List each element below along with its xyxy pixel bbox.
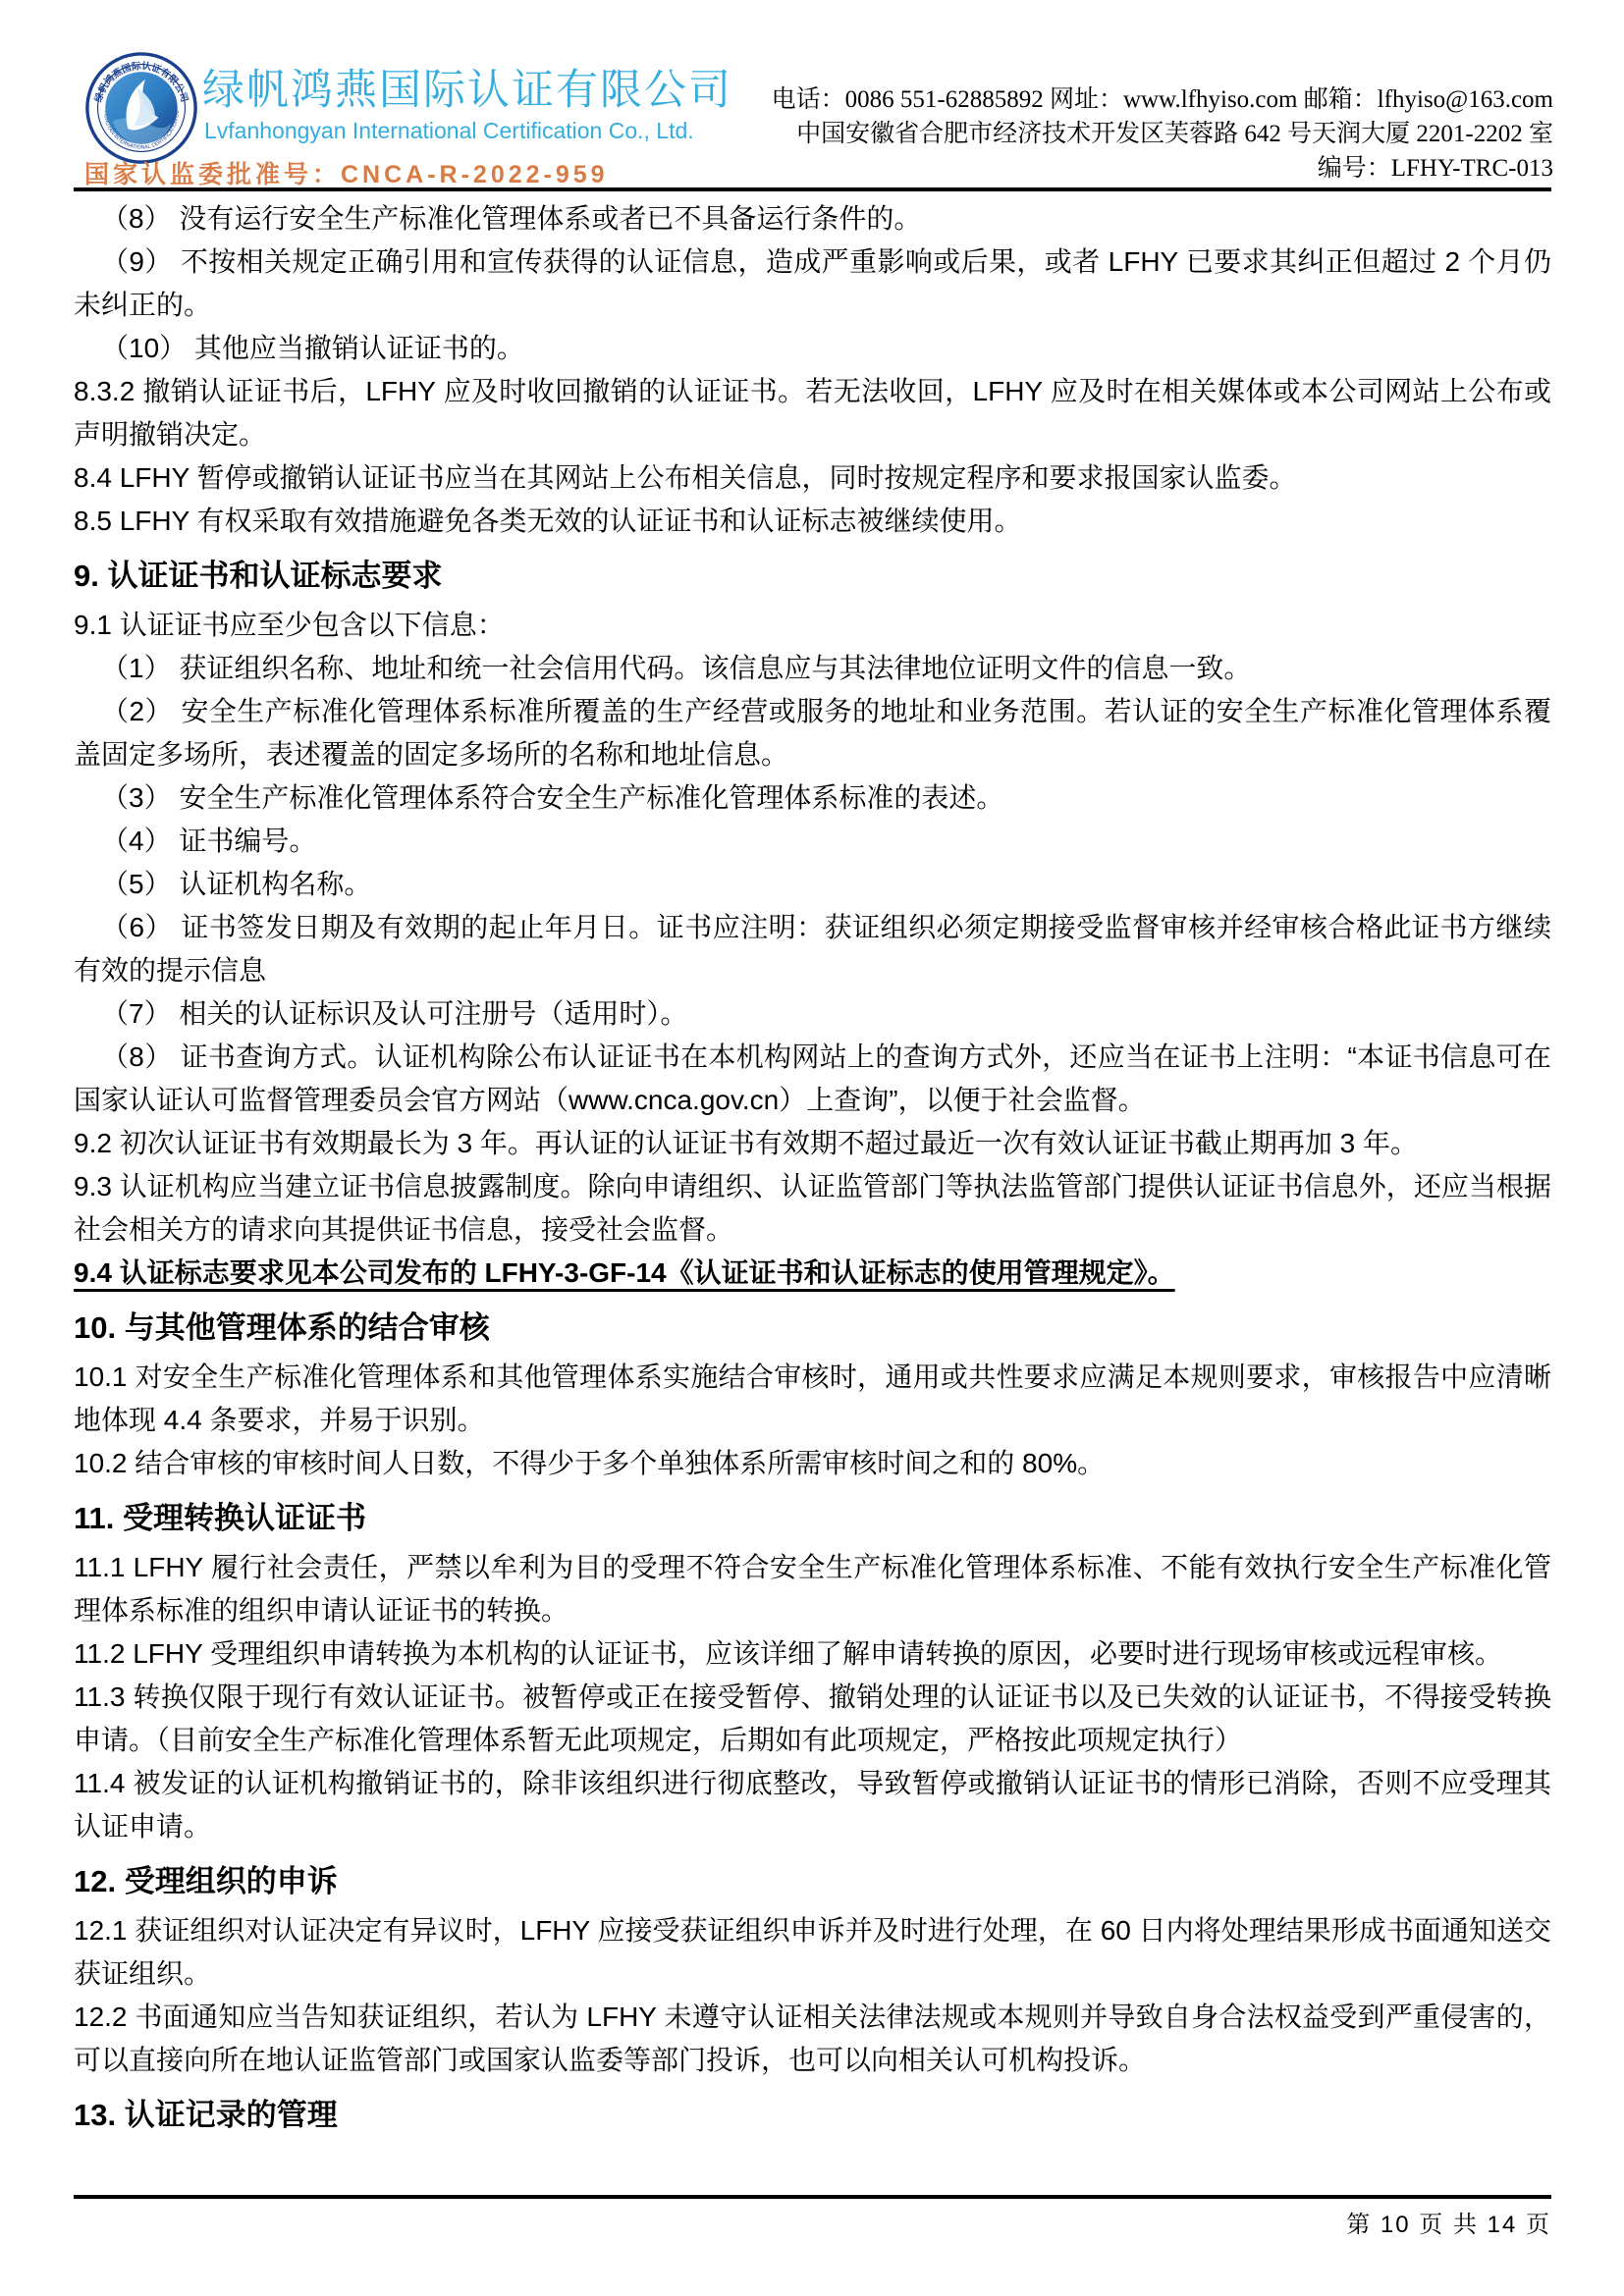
paragraph: （10） 其他应当撤销认证证书的。 bbox=[74, 327, 1551, 370]
paragraph: （8） 没有运行安全生产标准化管理体系或者已不具备运行条件的。 bbox=[74, 197, 1551, 240]
paragraph: 12.1 获证组织对认证决定有异议时，LFHY 应接受获证组织申诉并及时进行处理… bbox=[74, 1909, 1551, 1996]
paragraph: （4） 证书编号。 bbox=[74, 820, 1551, 863]
paragraph: （6） 证书签发日期及有效期的起止年月日。证书应注明：获证组织必须定期接受监督审… bbox=[74, 906, 1551, 992]
company-logo: 绿帆鸿燕国际认证有限公司 LVFANHONGYAN INTERNATIONAL … bbox=[84, 51, 198, 165]
paragraph: （7） 相关的认证标识及认可注册号（适用时）。 bbox=[74, 992, 1551, 1036]
paragraph: （2） 安全生产标准化管理体系标准所覆盖的生产经营或服务的地址和业务范围。若认证… bbox=[74, 690, 1551, 776]
paragraph: 9.2 初次认证证书有效期最长为 3 年。再认证的认证证书有效期不超过最近一次有… bbox=[74, 1122, 1551, 1165]
company-badge-icon: 绿帆鸿燕国际认证有限公司 LVFANHONGYAN INTERNATIONAL … bbox=[84, 51, 198, 165]
page-number: 第 10 页 共 14 页 bbox=[1346, 2205, 1551, 2239]
paragraph: 8.3.2 撤销认证证书后，LFHY 应及时收回撤销的认证证书。若无法收回，LF… bbox=[74, 370, 1551, 456]
paragraph: 9.1 认证证书应至少包含以下信息： bbox=[74, 604, 1551, 647]
company-name-cn: 绿帆鸿燕国际认证有限公司 bbox=[202, 57, 732, 117]
paragraph: 11.1 LFHY 履行社会责任，严禁以牟利为目的受理不符合安全生产标准化管理体… bbox=[74, 1546, 1551, 1632]
paragraph: （9） 不按相关规定正确引用和宣传获得的认证信息，造成严重影响或后果，或者 LF… bbox=[74, 240, 1551, 327]
paragraph: 9.3 认证机构应当建立证书信息披露制度。除向申请组织、认证监管部门等执法监管部… bbox=[74, 1165, 1551, 1252]
document-body: （8） 没有运行安全生产标准化管理体系或者已不具备运行条件的。（9） 不按相关规… bbox=[74, 197, 1551, 2143]
doc-number: 编号：LFHY-TRC-013 bbox=[772, 151, 1553, 186]
contact-address-line: 中国安徽省合肥市经济技术开发区芙蓉路 642 号天润大厦 2201-2202 室 bbox=[772, 117, 1553, 151]
section-heading: 10. 与其他管理体系的结合审核 bbox=[74, 1306, 1551, 1351]
company-name-en: Lvfanhongyan International Certification… bbox=[204, 118, 694, 144]
paragraph: （1） 获证组织名称、地址和统一社会信用代码。该信息应与其法律地位证明文件的信息… bbox=[74, 647, 1551, 690]
paragraph: 11.3 转换仅限于现行有效认证证书。被暂停或正在接受暂停、撤销处理的认证证书以… bbox=[74, 1676, 1551, 1762]
paragraph: 11.2 LFHY 受理组织申请转换为本机构的认证证书，应该详细了解申请转换的原… bbox=[74, 1632, 1551, 1676]
document-page: 绿帆鸿燕国际认证有限公司 LVFANHONGYAN INTERNATIONAL … bbox=[0, 0, 1624, 2296]
paragraph: 9.4 认证标志要求见本公司发布的 LFHY-3-GF-14《认证证书和认证标志… bbox=[74, 1252, 1551, 1295]
section-heading: 9. 认证证书和认证标志要求 bbox=[74, 554, 1551, 599]
paragraph: 8.5 LFHY 有权采取有效措施避免各类无效的认证证书和认证标志被继续使用。 bbox=[74, 500, 1551, 543]
letterhead: 绿帆鸿燕国际认证有限公司 LVFANHONGYAN INTERNATIONAL … bbox=[0, 0, 1624, 196]
paragraph: （8） 证书查询方式。认证机构除公布认证证书在本机构网站上的查询方式外，还应当在… bbox=[74, 1036, 1551, 1122]
section-heading: 12. 受理组织的申诉 bbox=[74, 1859, 1551, 1904]
paragraph: 10.1 对安全生产标准化管理体系和其他管理体系实施结合审核时，通用或共性要求应… bbox=[74, 1356, 1551, 1442]
paragraph: （3） 安全生产标准化管理体系符合安全生产标准化管理体系标准的表述。 bbox=[74, 776, 1551, 820]
header-divider bbox=[74, 187, 1551, 191]
paragraph: 12.2 书面通知应当告知获证组织，若认为 LFHY 未遵守认证相关法律法规或本… bbox=[74, 1996, 1551, 2082]
footer-divider bbox=[74, 2195, 1551, 2199]
contact-phone-line: 电话：0086 551-62885892 网址：www.lfhyiso.com … bbox=[772, 82, 1553, 117]
paragraph: 11.4 被发证的认证机构撤销证书的，除非该组织进行彻底整改，导致暂停或撤销认证… bbox=[74, 1762, 1551, 1848]
contact-block: 电话：0086 551-62885892 网址：www.lfhyiso.com … bbox=[772, 82, 1553, 186]
section-heading: 13. 认证记录的管理 bbox=[74, 2093, 1551, 2138]
paragraph: 10.2 结合审核的审核时间人日数，不得少于多个单独体系所需审核时间之和的 80… bbox=[74, 1442, 1551, 1485]
paragraph: （5） 认证机构名称。 bbox=[74, 863, 1551, 906]
approval-number: 国家认监委批准号：CNCA-R-2022-959 bbox=[84, 155, 609, 190]
paragraph: 8.4 LFHY 暂停或撤销认证证书应当在其网站上公布相关信息，同时按规定程序和… bbox=[74, 456, 1551, 500]
section-heading: 11. 受理转换认证证书 bbox=[74, 1496, 1551, 1541]
